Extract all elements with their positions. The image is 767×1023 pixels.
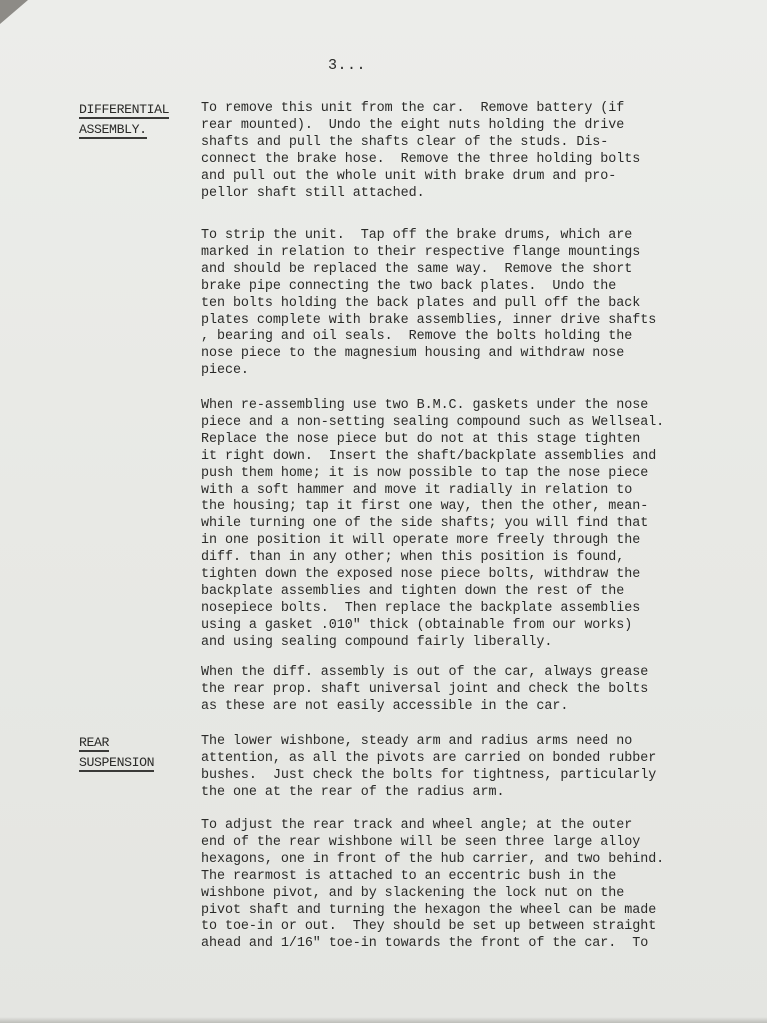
typed-document-page: 3... DIFFERENTIAL ASSEMBLY. To remove th… bbox=[0, 0, 767, 1023]
paragraph-diff-out-of-car: When the diff. assembly is out of the ca… bbox=[201, 665, 721, 716]
page-bottom-edge bbox=[0, 1017, 767, 1023]
heading-line: REAR bbox=[79, 735, 109, 752]
page-number: 3... bbox=[328, 57, 366, 74]
paragraph-strip-unit: To strip the unit. Tap off the brake dru… bbox=[201, 228, 721, 380]
heading-line: ASSEMBLY. bbox=[79, 122, 147, 139]
heading-line: SUSPENSION bbox=[79, 755, 154, 772]
paragraph-remove-unit: To remove this unit from the car. Remove… bbox=[201, 101, 721, 202]
section-heading-rear-suspension: REAR SUSPENSION bbox=[79, 734, 154, 774]
paragraph-reassembly: When re-assembling use two B.M.C. gasket… bbox=[201, 398, 721, 652]
section-heading-differential-assembly: DIFFERENTIAL ASSEMBLY. bbox=[79, 101, 169, 141]
paragraph-rear-track-adjust: To adjust the rear track and wheel angle… bbox=[201, 818, 721, 953]
paragraph-rear-suspension-check: The lower wishbone, steady arm and radiu… bbox=[201, 734, 721, 802]
heading-line: DIFFERENTIAL bbox=[79, 102, 169, 119]
page-corner-shadow bbox=[0, 0, 28, 24]
